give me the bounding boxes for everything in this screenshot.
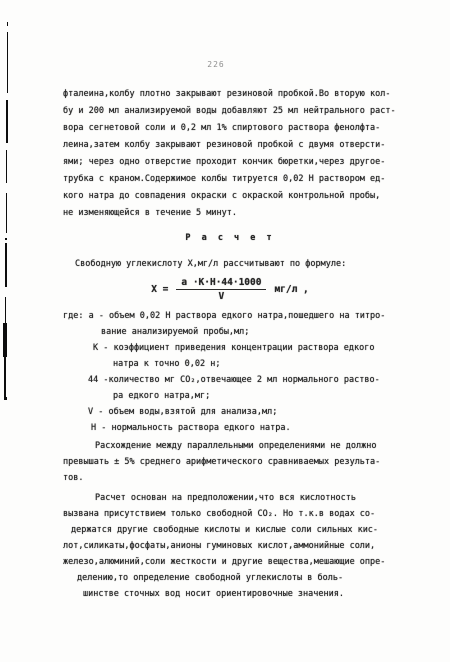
text-line: фталеина,колбу плотно закрывают резиново… [63,86,397,103]
scan-artifact-line [7,22,8,26]
scan-artifact-line [5,243,7,287]
text-line: не изменяющейся в течение 5 минут. [63,205,397,222]
scan-artifact-line [6,150,7,183]
section-heading-calculation: Р а с ч е т [63,230,397,246]
definition-line: где: а - объем 0,02 Н раствора едкого на… [63,308,397,324]
formula-intro-line: Свободную углекислоту Х,мг/л рассчитываю… [63,256,397,272]
document-body: фталеина,колбу плотно закрывают резиново… [63,86,397,602]
formula-fraction: а ·К·Н·44·1000 V [176,277,266,302]
definition-line: натра к точно 0,02 н; [63,356,397,372]
definition-line: ра едкого натра,мг; [63,388,397,404]
formula-units: мг/л , [274,284,308,295]
paragraph-procedure: фталеина,колбу плотно закрывают резиново… [63,86,397,222]
scan-artifact-line [5,297,6,323]
definition-line: вание анализируемой пробы,мл; [63,324,397,340]
text-line: шинстве сточных вод носит ориентировочны… [63,586,397,602]
text-line: Расхождение между параллельными определе… [63,438,397,454]
scan-artifact-line [6,100,8,143]
scan-artifact-line [6,193,7,233]
text-line: вызвана присутствием только свободной СО… [63,506,397,522]
scan-artifact-line [3,323,7,357]
scanned-page: 226 фталеина,колбу плотно закрывают рези… [0,0,450,662]
scan-artifact-line [4,357,6,397]
text-line: Расчет основан на предположении,что вся … [63,490,397,506]
definition-line: 44 -количество мг СО₂,отвечающее 2 мл но… [63,372,397,388]
definition-line: К - коэффициент приведения концентрации … [63,340,397,356]
text-line: лот,силикаты,фосфаты,анионы гуминовых ки… [63,538,397,554]
text-line: леина,затем колбу закрывают резиновой пр… [63,137,397,154]
text-line: трубка с краном.Содержимое колбы титрует… [63,171,397,188]
formula: Х = а ·К·Н·44·1000 V мг/л , [63,274,397,304]
definition-line: Н - нормальность раствора едкого натра. [63,420,397,436]
paragraph-tolerance: Расхождение между параллельными определе… [63,438,397,486]
text-line: держатся другие свободные кислоты и кисл… [63,522,397,538]
text-line: бу и 200 мл анализируемой воды добавляют… [63,103,397,120]
paragraph-note: Расчет основан на предположении,что вся … [63,490,397,602]
text-line: делению,то определение свободной углекис… [63,570,397,586]
formula-denominator: V [219,290,225,302]
text-line: тов. [63,470,397,486]
text-line: кого натра до совпадения окраски с окрас… [63,188,397,205]
formula-numerator: а ·К·Н·44·1000 [176,277,266,290]
scan-artifact-line [4,397,7,400]
definitions-list: где: а - объем 0,02 Н раствора едкого на… [63,308,397,436]
text-line: вора сегнетовой соли и 0,2 мл 1% спиртов… [63,120,397,137]
definition-line: V - объем воды,взятой для анализа,мл; [63,404,397,420]
scan-artifact-line [5,238,7,240]
formula-lhs: Х = [151,284,168,295]
text-line: ями; через одно отверстие проходит кончи… [63,154,397,171]
text-line: железо,алюминий,соли жесткости и другие … [63,554,397,570]
page-number: 226 [0,60,432,69]
text-line: превышать ± 5% среднего арифметического … [63,454,397,470]
